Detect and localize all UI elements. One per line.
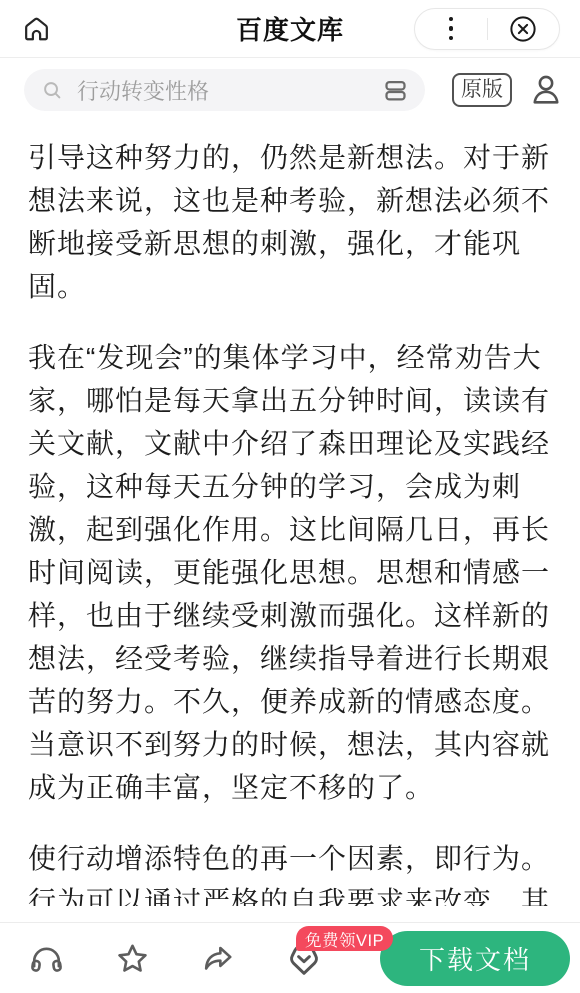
paragraph-list: 引导这种努力的，仍然是新想法。对于新想法来说，这也是种考验，新想法必须不断地接受… [28,136,552,906]
search-bar[interactable]: 行动转变性格 [24,69,425,111]
close-button[interactable] [488,9,560,49]
document-content[interactable]: 引导这种努力的，仍然是新想法。对于新想法来说，这也是种考验，新想法必须不断地接受… [0,116,580,906]
paragraph: 引导这种努力的，仍然是新想法。对于新想法来说，这也是种考验，新想法必须不断地接受… [28,136,552,308]
share-button[interactable] [199,939,237,977]
more-menu-button[interactable] [415,9,487,49]
search-row: 行动转变性格 原版 [0,64,580,116]
free-vip-badge[interactable]: 免费领VIP [296,926,393,951]
listen-button[interactable] [27,939,65,977]
chapters-icon[interactable] [382,77,409,104]
headphones-icon [28,940,65,977]
favorite-button[interactable] [113,939,151,977]
star-icon [114,940,151,977]
search-icon [41,79,64,102]
user-icon [528,72,564,108]
close-circle-icon [508,14,538,44]
miniprogram-capsule [414,8,560,50]
original-version-button[interactable]: 原版 [452,73,512,107]
home-button[interactable] [20,13,52,45]
share-icon [200,940,237,977]
bottom-bar: 免费领VIP 下载文档 [0,922,580,993]
search-input[interactable]: 行动转变性格 [77,75,382,106]
user-account-button[interactable] [528,72,564,108]
paragraph: 使行动增添特色的再一个因素，即行为。行为可以通过严格的自我要求来改变，其 [28,837,552,906]
kebab-menu-icon [449,17,454,41]
top-bar: 百度文库 [0,0,580,58]
paragraph: 我在“发现会”的集体学习中，经常劝告大家，哪怕是每天拿出五分钟时间，读读有关文献… [28,336,552,809]
baidu-wenku-reader: 百度文库 [0,0,580,993]
home-icon [21,13,52,44]
download-document-button[interactable]: 下载文档 [380,931,570,986]
